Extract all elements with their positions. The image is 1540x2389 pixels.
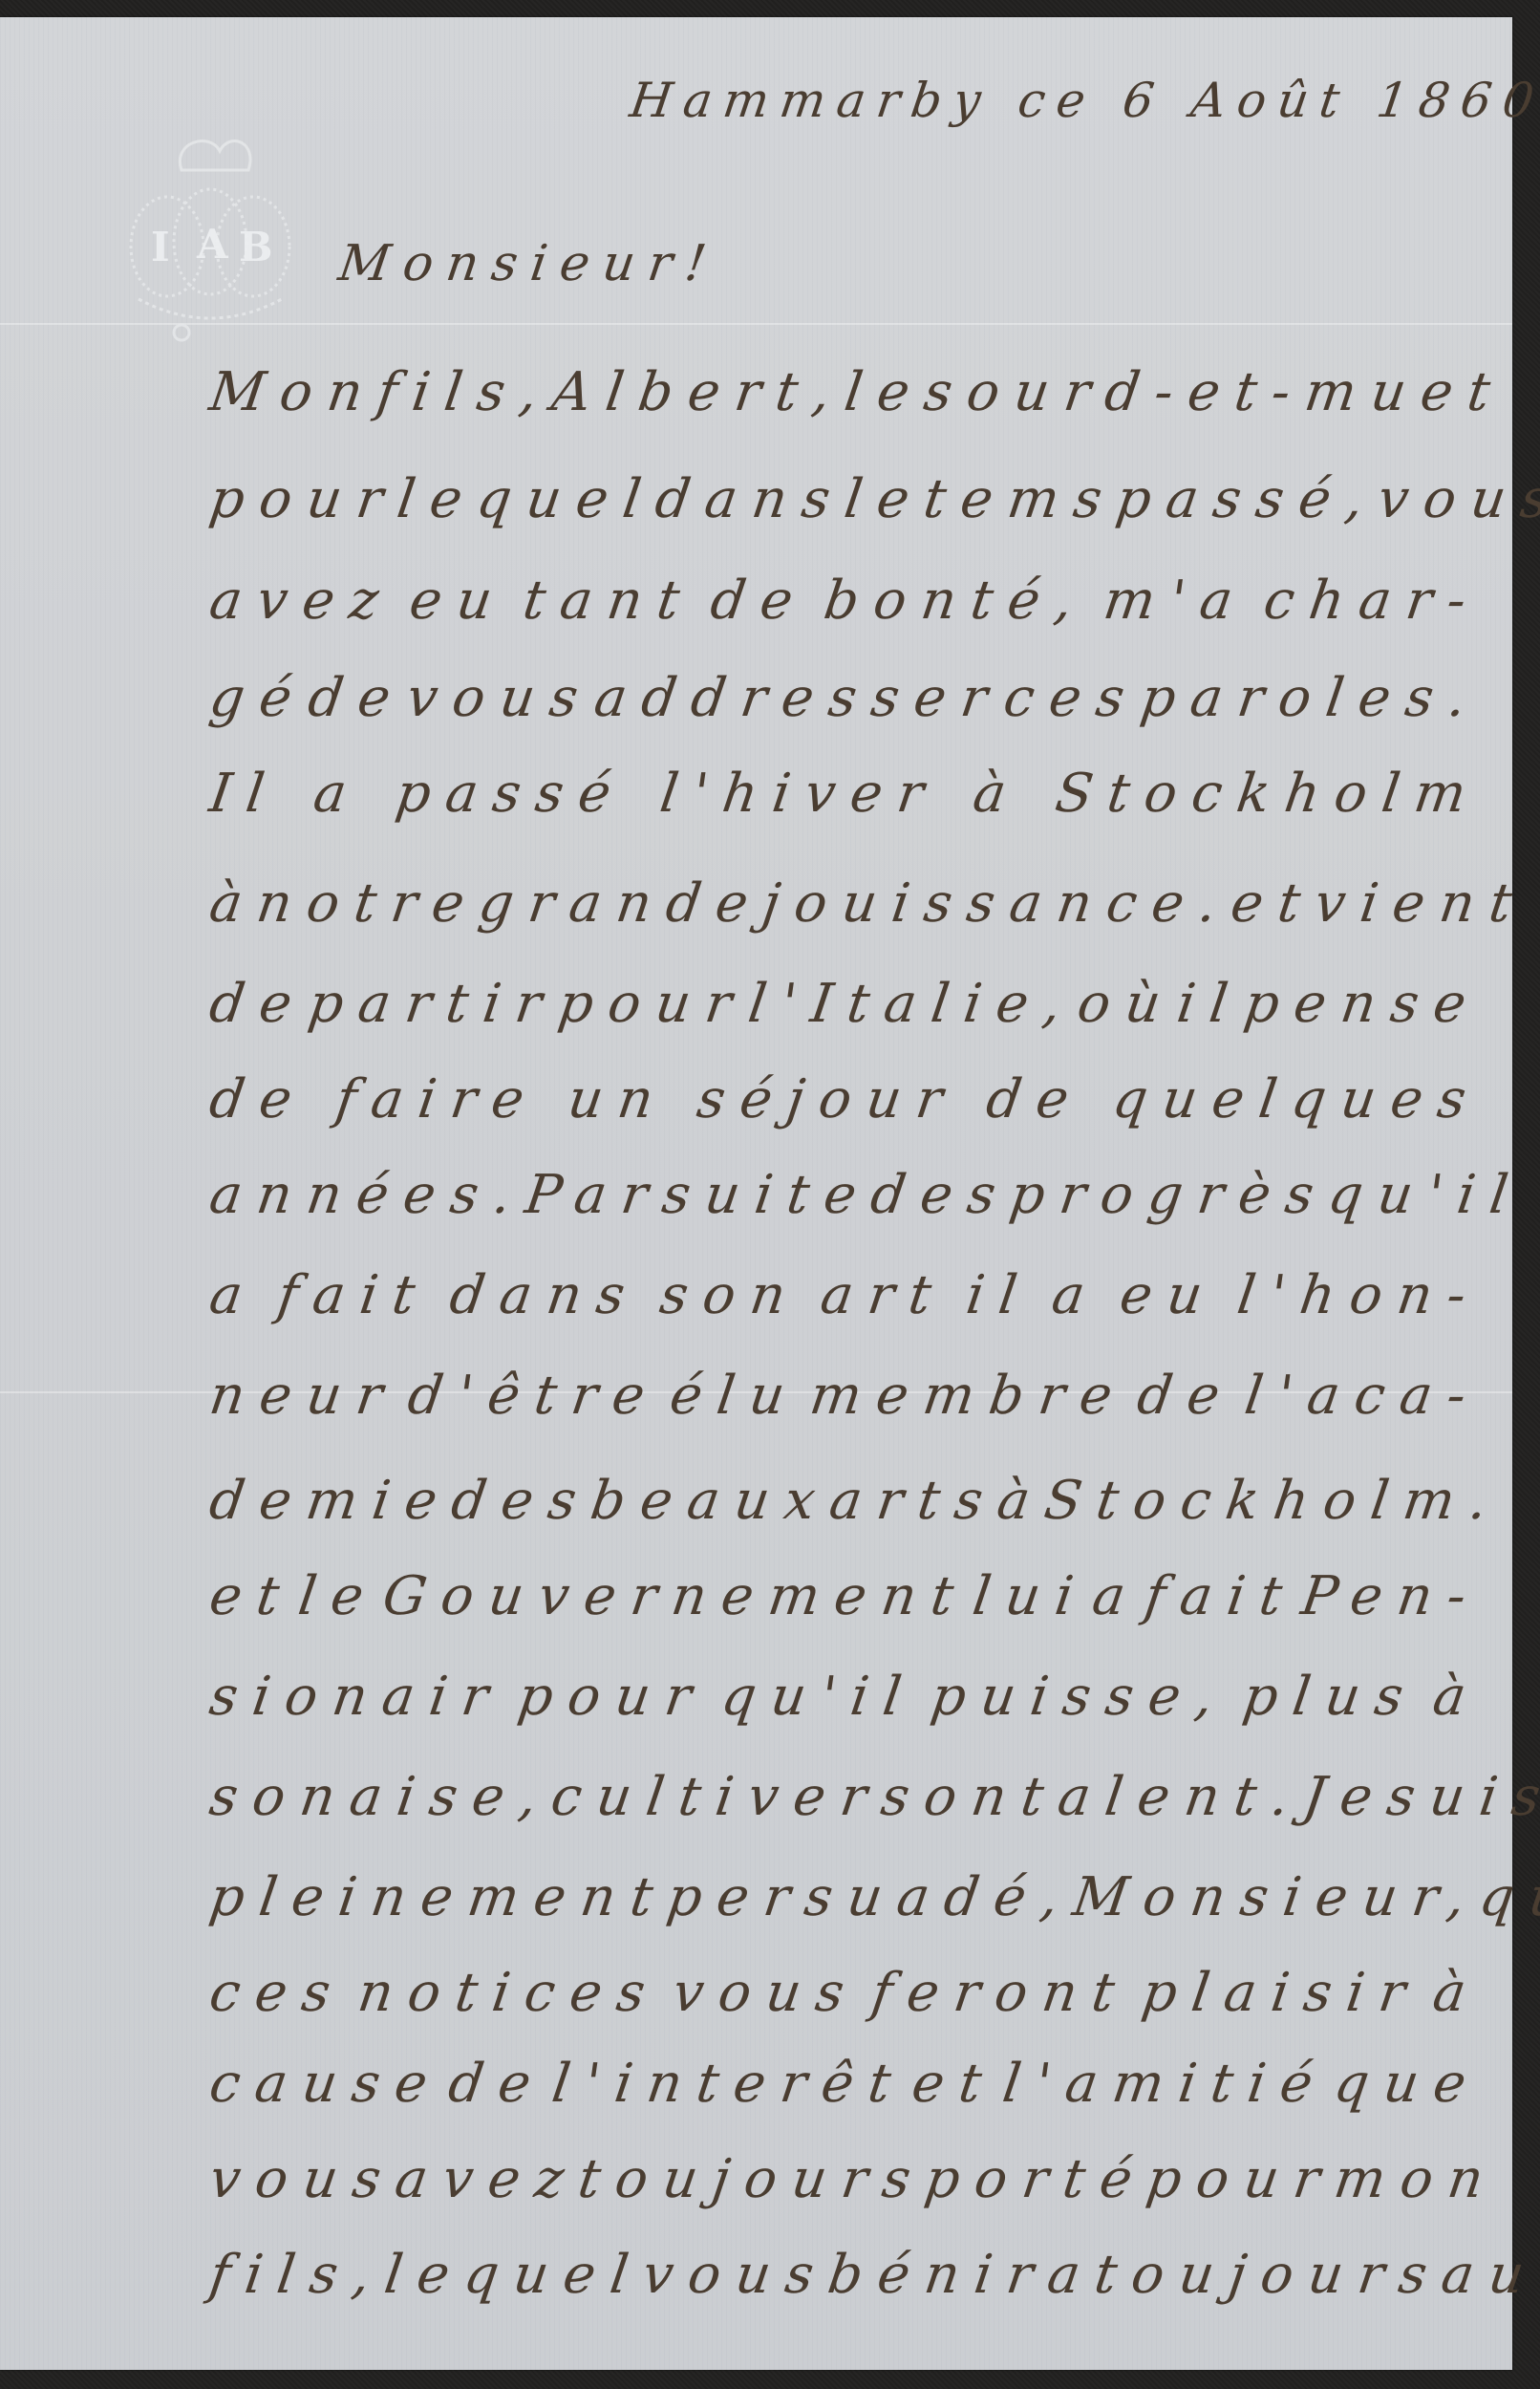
word: et xyxy=(205,1565,298,1627)
embossed-monogram-icon: I A B xyxy=(115,132,306,352)
word: vous xyxy=(403,667,597,729)
word: d'être xyxy=(404,1365,664,1427)
word: ces xyxy=(205,1962,349,2024)
word: m'a xyxy=(1100,570,1251,632)
letter-line: avezeutantdebonté,m'achar- xyxy=(205,570,1485,632)
scan-background: I A B Hammarby ce 6 Août 1860. Monsieur!… xyxy=(0,0,1540,2389)
word: toujours xyxy=(1091,2244,1446,2306)
word: a xyxy=(1048,1264,1104,1326)
letter-line: departirpourl'Italie,oùilpense xyxy=(205,973,1485,1035)
word: Je xyxy=(1299,1766,1392,1828)
letter-line: Ilapassél'hiveràStockholm xyxy=(205,763,1485,825)
word: l'hiver xyxy=(656,763,943,825)
word: élu xyxy=(666,1365,803,1427)
word: le xyxy=(294,1565,382,1627)
word: Gouvernement xyxy=(379,1565,973,1627)
word: cultiver xyxy=(547,1766,886,1828)
letter-line: demiedesbeauxartsàStockholm. xyxy=(205,1470,1485,1532)
word: de xyxy=(1134,1365,1239,1427)
word: demie xyxy=(205,1470,456,1532)
word: Albert, xyxy=(548,361,850,423)
word: addresser xyxy=(590,667,1007,729)
word: passé xyxy=(392,763,630,825)
word: paroles. xyxy=(1137,667,1485,729)
word: sionair xyxy=(205,1666,507,1728)
word: lui xyxy=(969,1565,1092,1627)
word: vous xyxy=(639,2244,833,2306)
word: aise, xyxy=(346,1766,556,1828)
letter-line: années.Parsuitedesprogrèsqu'il xyxy=(205,1164,1485,1226)
word: qu'il xyxy=(717,1666,920,1728)
monogram-letter: I xyxy=(151,224,170,270)
word: toujours xyxy=(574,2148,930,2210)
letter-line: fils,lequelvousbéniratoujoursau xyxy=(205,2244,1485,2306)
word: porté xyxy=(921,2148,1151,2210)
word: dans xyxy=(652,468,849,530)
word: de xyxy=(205,973,310,1035)
word: fait xyxy=(274,1264,435,1326)
word: l'aca- xyxy=(1241,1365,1486,1427)
letter-line: sionairpourqu'ilpuisse,plusà xyxy=(205,1666,1485,1728)
word: Stockholm. xyxy=(1040,1470,1507,1532)
word: à xyxy=(1429,1666,1486,1728)
word: fils, xyxy=(205,2244,389,2306)
word: talent. xyxy=(1017,1766,1308,1828)
word: son xyxy=(877,1766,1026,1828)
word: arts xyxy=(825,1470,1002,1532)
word: de xyxy=(983,1068,1088,1130)
word: un xyxy=(564,1068,672,1130)
word: a xyxy=(1089,1565,1145,1627)
word: progrès xyxy=(1006,1164,1333,1226)
letter-line: gédevousaddressercesparoles. xyxy=(205,667,1485,729)
letter-line: afaitdanssonartilaeul'hon- xyxy=(205,1264,1485,1326)
letter-line: pleinementpersuadé,Monsieur,que xyxy=(205,1866,1485,1928)
word: de xyxy=(445,2053,550,2115)
word: fait xyxy=(1141,1565,1301,1627)
word: pour xyxy=(514,1666,711,1728)
svg-text:B: B xyxy=(239,224,273,270)
word: l'hon- xyxy=(1233,1264,1485,1326)
word: notre xyxy=(253,872,483,935)
word: que xyxy=(1475,1866,1540,1928)
word: vous xyxy=(205,2148,399,2210)
word: a xyxy=(205,1264,262,1326)
word: grande xyxy=(475,872,767,935)
word: vous xyxy=(1374,468,1540,530)
word: des xyxy=(448,1470,596,1532)
word: son xyxy=(205,1766,354,1828)
word: partir xyxy=(305,973,561,1035)
letter-line: defaireunséjourdequelques xyxy=(205,1068,1485,1130)
word: à xyxy=(1429,1962,1486,2024)
word: et xyxy=(1227,872,1319,935)
svg-text:A: A xyxy=(196,221,229,268)
word: des xyxy=(866,1164,1015,1226)
word: séjour xyxy=(694,1068,962,1130)
word: plus xyxy=(1239,1666,1422,1728)
word: suite xyxy=(658,1164,875,1226)
word: ces xyxy=(1000,667,1144,729)
word: pour xyxy=(205,468,402,530)
letter-line: vousaveztoujoursportépourmon xyxy=(205,2148,1485,2210)
word: vient xyxy=(1311,872,1530,935)
word: eu xyxy=(1116,1264,1221,1326)
word: bénira xyxy=(824,2244,1100,2306)
word: jouissance. xyxy=(759,872,1235,935)
word: char- xyxy=(1260,570,1486,632)
word: passé, xyxy=(1112,468,1382,530)
letter-line: pourlequeldansletemspassé,vous xyxy=(205,468,1485,530)
word: lequel xyxy=(381,2244,648,2306)
word: a xyxy=(310,763,366,825)
word: Mon xyxy=(205,361,381,423)
word: dans xyxy=(446,1264,644,1326)
letter-line: ànotregrandejouissance.etvient xyxy=(205,872,1485,935)
word: beaux xyxy=(587,1470,834,1532)
word: pour xyxy=(1143,2148,1339,2210)
word: vous xyxy=(669,1962,863,2024)
word: bonté, xyxy=(821,570,1092,632)
salutation: Monsieur! xyxy=(335,235,723,292)
word: lequel xyxy=(394,468,660,530)
letter-line: neurd'êtreélumembredel'aca- xyxy=(205,1365,1485,1427)
word: art xyxy=(817,1264,951,1326)
letter-line: sonaise,cultiversontalent.Jesuis xyxy=(205,1766,1485,1828)
word: le xyxy=(841,468,929,530)
word: plaisir xyxy=(1138,1962,1424,2024)
word: au xyxy=(1438,2244,1540,2306)
letter-line: cesnoticesvousferontplaisirà xyxy=(205,1962,1485,2024)
word: que xyxy=(1330,2053,1485,2115)
word: le xyxy=(841,361,929,423)
word: il xyxy=(1173,973,1247,1035)
word: de xyxy=(205,1068,310,1130)
word: neur xyxy=(205,1365,401,1427)
letter-sheet: I A B Hammarby ce 6 Août 1860. Monsieur!… xyxy=(0,17,1512,2370)
letter-line: Monfils,Albert,lesourd-et-muet xyxy=(205,361,1485,423)
word: l'Italie, xyxy=(744,973,1080,1035)
word: Il xyxy=(205,763,283,825)
word: il xyxy=(963,1264,1037,1326)
word: Monsieur, xyxy=(1069,1866,1485,1928)
word: son xyxy=(656,1264,805,1326)
word: pleinement xyxy=(205,1866,672,1928)
word: puisse, xyxy=(928,1666,1232,1728)
word: faire xyxy=(332,1068,543,1130)
word: qu'il xyxy=(1324,1164,1527,1226)
word: tant xyxy=(520,570,699,632)
word: feront xyxy=(867,1962,1133,2024)
word: années. xyxy=(205,1164,529,1226)
word: et xyxy=(909,2053,1001,2115)
word: sourd-et-muet xyxy=(920,361,1509,423)
word: de xyxy=(305,667,410,729)
word: Pen- xyxy=(1297,1565,1485,1627)
place-and-date: Hammarby ce 6 Août 1860. xyxy=(627,73,1540,128)
word: eu xyxy=(406,570,511,632)
word: pense xyxy=(1240,973,1485,1035)
word: gé xyxy=(205,667,310,729)
word: Par xyxy=(522,1164,667,1226)
word: où xyxy=(1074,973,1180,1035)
word: avez xyxy=(205,570,397,632)
word: notices xyxy=(354,1962,665,2024)
word: à xyxy=(970,763,1026,825)
word: persuadé, xyxy=(663,1866,1078,1928)
word: avez xyxy=(392,2148,584,2210)
word: membre xyxy=(806,1365,1131,1427)
word: pour xyxy=(555,973,752,1035)
word: Stockholm xyxy=(1052,763,1486,825)
word: l'interêt xyxy=(548,2053,909,2115)
word: tems xyxy=(920,468,1122,530)
letter-line: etleGouvernementluiafaitPen- xyxy=(205,1565,1485,1627)
word: mon xyxy=(1331,2148,1503,2210)
word: cause xyxy=(205,2053,446,2115)
word: fils, xyxy=(374,361,557,423)
letter-line: causedel'interêtetl'amitiéque xyxy=(205,2053,1485,2115)
word: de xyxy=(707,570,812,632)
word: quelques xyxy=(1109,1068,1486,1130)
word: suis xyxy=(1383,1766,1540,1828)
word: l'amitié xyxy=(999,2053,1332,2115)
